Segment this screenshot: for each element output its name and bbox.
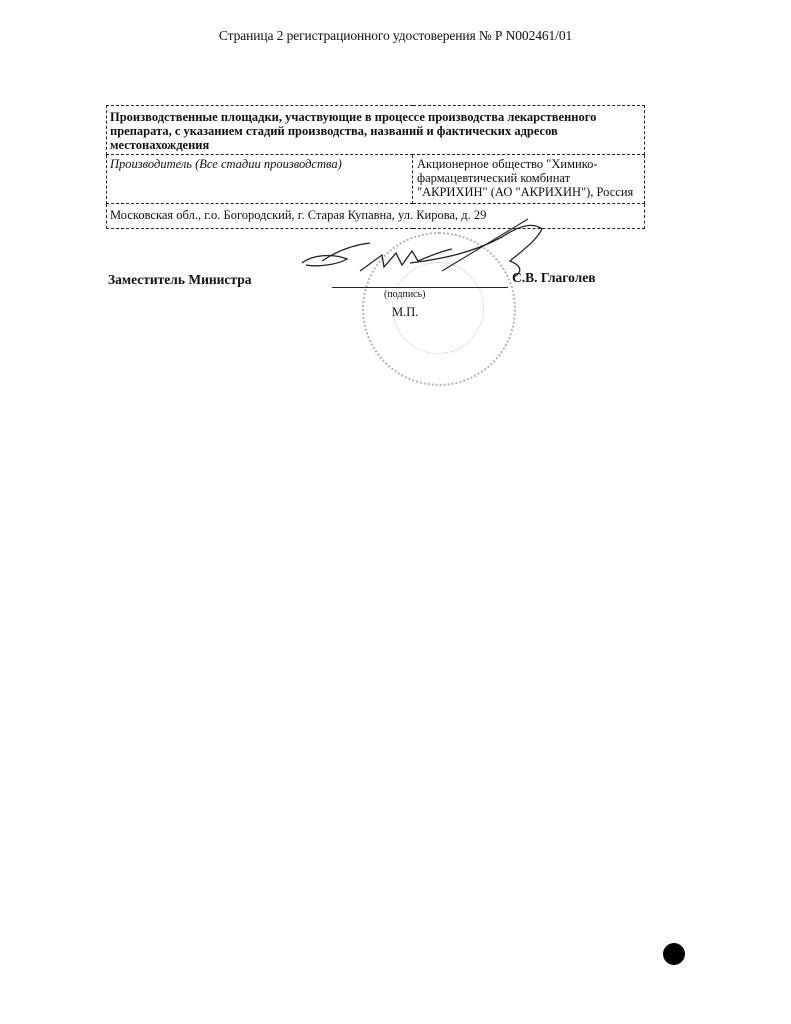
signatory-position: Заместитель Министра: [108, 272, 251, 288]
seal-label: М.П.: [392, 305, 418, 320]
signature-caption: (подпись): [384, 289, 426, 300]
signature-line: [332, 287, 508, 288]
scan-registration-dot-icon: [663, 943, 685, 965]
signatory-name: С.В. Глаголев: [512, 270, 596, 286]
signature-block: Заместитель Министра (подпись) М.П. С.В.…: [0, 0, 791, 400]
